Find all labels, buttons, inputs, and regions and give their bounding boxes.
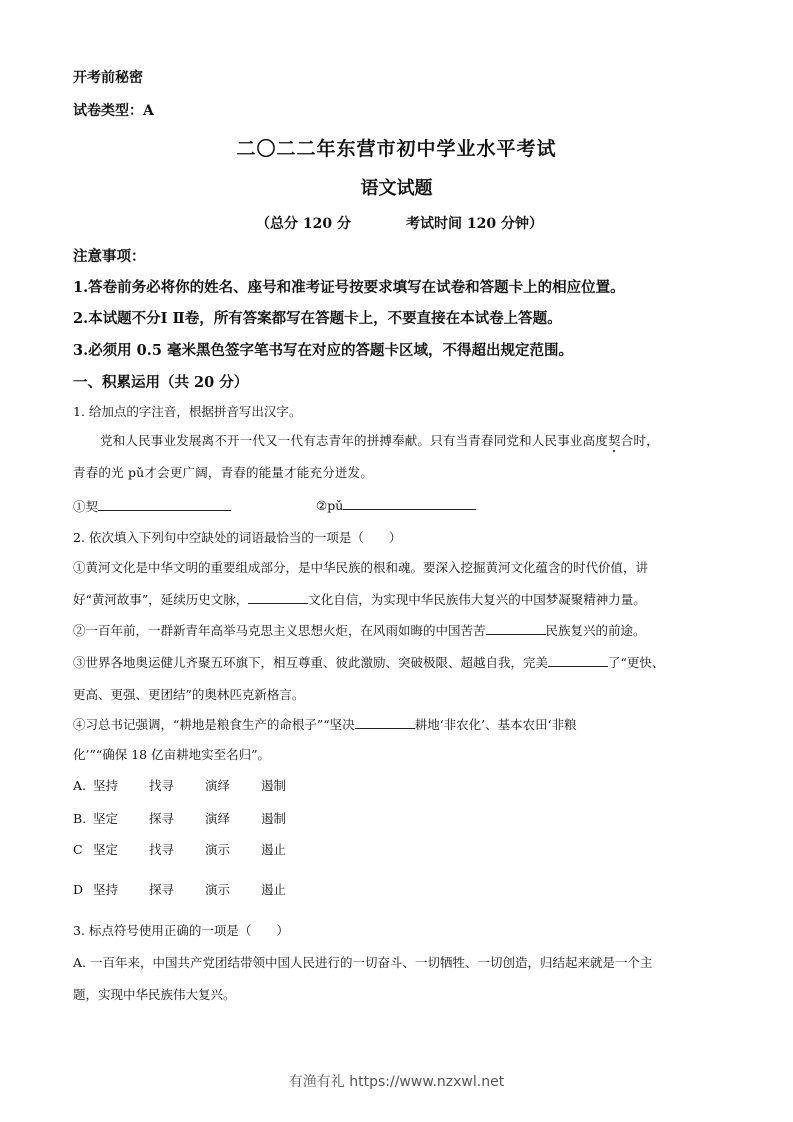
q1-blank2-field[interactable] [343, 497, 476, 510]
q3-option-a-line-2: 题，实现中华民族伟大复兴。 [73, 985, 236, 1003]
q2-blank-2[interactable] [486, 622, 546, 635]
subject-title: 语文试题 [0, 174, 793, 200]
q1-stem: 1. 给加点的字注音，根据拼音写出汉字。 [73, 402, 301, 420]
q1-passage-text-b: 合时， [621, 433, 659, 448]
q2-sentence-3-line-2: 更高、更强、更团结”的奥林匹克新格言。 [73, 685, 304, 703]
section-heading: 一、积累运用（共 20 分） [73, 371, 248, 392]
option-word: 演示 [205, 880, 261, 898]
option-label: B. [73, 811, 93, 826]
q1-dotted-char: 契 [608, 433, 621, 448]
q2-option-c[interactable]: C坚定找寻演示遏止 [73, 840, 317, 858]
q2-s4-text-b: 耕地‘非农化’、基本农田‘非粮 [415, 717, 577, 732]
q2-option-d[interactable]: D坚持探寻演示遏止 [73, 880, 317, 898]
notice-item-1: 1.答卷前务必将你的姓名、座号和准考证号按要求填写在试卷和答题卡上的相应位置。 [73, 276, 625, 297]
q3-option-a-line-1: A. 一百年来，中国共产党团结带领中国人民进行的一切奋斗、一切牺牲、一切创造，归… [73, 953, 652, 971]
exam-title: 二〇二二年东营市初中学业水平考试 [0, 134, 793, 161]
option-word: 探寻 [149, 809, 205, 827]
q2-stem: 2. 依次填入下列句中空缺处的词语最恰当的一项是（ ） [73, 528, 401, 546]
q1-passage-text-a: 党和人民事业发展离不开一代又一代有志青年的拼搏奉献。只有当青春同党和人民事业高度 [100, 433, 608, 448]
option-word: 坚定 [93, 840, 149, 858]
q1-blank1-field[interactable] [98, 498, 231, 511]
notice-heading: 注意事项： [73, 245, 146, 266]
option-label: A. [73, 778, 93, 793]
q1-blank1-label: ①契 [73, 499, 98, 514]
q2-sentence-4-line-2: 化’”“确保 18 亿亩耕地实至名归”。 [73, 745, 270, 763]
q1-passage-line-2: 青春的光 pǔ才会更广阔，青春的能量才能充分迸发。 [73, 463, 373, 481]
q3-stem: 3. 标点符号使用正确的一项是（ ） [73, 921, 289, 939]
option-word: 演绎 [205, 776, 261, 794]
q2-sentence-1-line-1: ①黄河文化是中华文明的重要组成部分，是中华民族的根和魂。要深入挖掘黄河文化蕴含的… [73, 558, 648, 576]
q2-sentence-1-line-2: 好“黄河故事”，延续历史文脉，文化自信，为实现中华民族伟大复兴的中国梦凝聚精神力… [73, 590, 646, 608]
notice-item-3: 3.必须用 0.5 毫米黑色签字笔书写在对应的答题卡区域，不得超出规定范围。 [73, 339, 573, 360]
q2-blank-1[interactable] [248, 591, 308, 604]
q1-answer-row-2: ②pǔ [316, 497, 476, 513]
q2-sentence-2: ②一百年前，一群新青年高举马克思主义思想火炬，在风雨如晦的中国苦苦民族复兴的前途… [73, 621, 646, 639]
option-word: 遏制 [261, 809, 317, 827]
option-label: C [73, 842, 93, 857]
option-word: 演绎 [205, 809, 261, 827]
q2-option-b[interactable]: B.坚定探寻演绎遏制 [73, 809, 317, 827]
option-word: 遏止 [261, 880, 317, 898]
q2-s1-text-b: 文化自信，为实现中华民族伟大复兴的中国梦凝聚精神力量。 [308, 592, 646, 607]
q2-s2-text-b: 民族复兴的前途。 [546, 623, 646, 638]
q2-blank-4[interactable] [355, 716, 415, 729]
footer-watermark: 有渔有礼 https://www.nzxwl.net [0, 1071, 793, 1091]
option-word: 坚定 [93, 809, 149, 827]
option-word: 遏制 [261, 776, 317, 794]
option-word: 探寻 [149, 880, 205, 898]
option-label: D [73, 882, 93, 897]
option-word: 坚持 [93, 880, 149, 898]
q1-answer-row: ①契 [73, 497, 231, 515]
q2-sentence-4-line-1: ④习总书记强调，“耕地是粮食生产的命根子”“坚决耕地‘非农化’、基本农田‘非粮 [73, 715, 577, 733]
q2-s3-text-b: 了“更快、 [608, 655, 664, 670]
q2-sentence-3-line-1: ③世界各地奥运健儿齐聚五环旗下，相互尊重、彼此激励、突破极限、超越自我，完美了“… [73, 653, 664, 671]
total-score: （总分 120 分 [256, 213, 351, 233]
q1-blank2-label: ②pǔ [316, 498, 343, 513]
q2-s3-text-a: ③世界各地奥运健儿齐聚五环旗下，相互尊重、彼此激励、突破极限、超越自我，完美 [73, 655, 548, 670]
q2-s4-text-a: ④习总书记强调，“耕地是粮食生产的命根子”“坚决 [73, 717, 355, 732]
exam-time: 考试时间 120 分钟） [406, 213, 543, 233]
option-word: 遏止 [261, 840, 317, 858]
option-word: 找寻 [149, 840, 205, 858]
option-word: 找寻 [149, 776, 205, 794]
notice-item-2: 2.本试题不分Ⅰ Ⅱ卷，所有答案都写在答题卡上，不要直接在本试卷上答题。 [73, 307, 562, 328]
option-word: 坚持 [93, 776, 149, 794]
q2-blank-3[interactable] [548, 654, 608, 667]
q2-s2-text-a: ②一百年前，一群新青年高举马克思主义思想火炬，在风雨如晦的中国苦苦 [73, 623, 486, 638]
paper-type-label: 试卷类型：A [73, 100, 154, 120]
option-word: 演示 [205, 840, 261, 858]
confidential-label: 开考前秘密 [73, 67, 143, 87]
q1-passage-line-1: 党和人民事业发展离不开一代又一代有志青年的拼搏奉献。只有当青春同党和人民事业高度… [100, 431, 659, 449]
q2-s1-text-a: 好“黄河故事”，延续历史文脉， [73, 592, 248, 607]
q2-option-a[interactable]: A.坚持找寻演绎遏制 [73, 776, 317, 794]
